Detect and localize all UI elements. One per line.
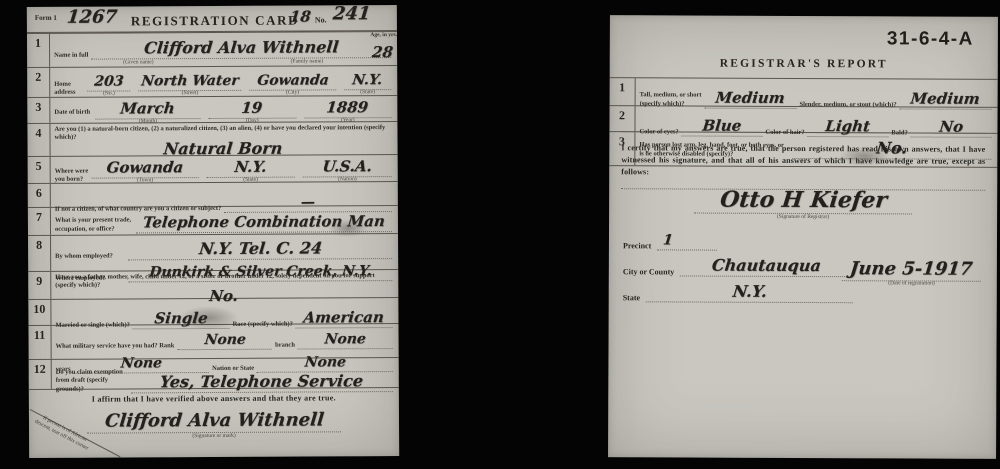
birthplace-state-value: N.Y. bbox=[234, 161, 267, 173]
row-eyes-hair: 2 Color of eyes? Blue Color of hair? Lig… bbox=[609, 105, 997, 133]
row-number: 2 bbox=[27, 68, 50, 97]
birthplace-town-value: Gowanda bbox=[106, 161, 184, 173]
birth-year-value: 1889 bbox=[326, 101, 369, 113]
military-branch-value: None bbox=[324, 334, 366, 345]
age-value: 28 bbox=[372, 46, 394, 58]
row-number: 3 bbox=[27, 98, 50, 123]
race-value: American bbox=[303, 311, 385, 323]
report-title: REGISTRAR'S REPORT bbox=[610, 57, 998, 71]
registrant-signature: Clifford Alva Withnell bbox=[104, 413, 324, 429]
row-employer: 8 By whom employed? N.Y. Tel. C. 24 Wher… bbox=[28, 233, 398, 271]
row-number: 5 bbox=[28, 157, 51, 183]
registrar-signature-block: Otto H Kiefer (Signature of Registrar) bbox=[609, 191, 997, 221]
report-rows: 1 Tall, medium, or short (specify which)… bbox=[609, 77, 997, 168]
scanned-document: Form 1 1267 REGISTRATION CARD 18 No. 241… bbox=[0, 0, 1000, 469]
name-label: Name in full bbox=[54, 51, 88, 60]
row-birthplace: 5 Where were you born? Gowanda (Town) N.… bbox=[28, 154, 398, 183]
precinct-value: 1 bbox=[663, 235, 674, 246]
row-exemption: 12 Do you claim exemption from draft (sp… bbox=[29, 357, 399, 389]
stamp-code: 31-6-4-A bbox=[887, 28, 974, 50]
precinct-field: Precinct 1 bbox=[623, 231, 853, 251]
state-value: N.Y. bbox=[732, 285, 768, 298]
disability-value: No. bbox=[876, 142, 908, 155]
address-street-value: North Water bbox=[141, 76, 239, 88]
height-value: Medium bbox=[715, 92, 785, 104]
hair-value: Light bbox=[825, 120, 871, 132]
marital-value: Single bbox=[154, 312, 208, 324]
row-trade: 7 What is your present trade, occupation… bbox=[28, 205, 398, 235]
military-rank-label: What military service have you had? Rank bbox=[56, 342, 175, 351]
card-number-handwritten: 241 bbox=[332, 7, 371, 22]
citizenship-value: Natural Born bbox=[163, 143, 283, 156]
row-number: 1 bbox=[27, 34, 50, 67]
address-no-value: 203 bbox=[94, 76, 124, 87]
row-number: 10 bbox=[28, 300, 51, 325]
state-field: State N.Y. bbox=[623, 283, 853, 303]
military-rank-value: None bbox=[204, 335, 246, 346]
exemption-value: Yes, Telephone Service bbox=[160, 376, 364, 390]
row-dependents: 9 Have you a father, mother, wife, child… bbox=[28, 269, 398, 299]
address-state-sublabel: (State) bbox=[344, 90, 391, 96]
row-number: 3 bbox=[609, 132, 635, 165]
birth-day-value: 19 bbox=[241, 102, 263, 114]
birthplace-label: Where were you born? bbox=[55, 167, 89, 184]
row-address: 2 Home address 203 (No.) North Water (St… bbox=[27, 65, 397, 97]
registration-card-header: Form 1 1267 REGISTRATION CARD 18 No. 241 bbox=[27, 5, 397, 33]
registration-date-block: June 5-1917 (Date of registration) bbox=[842, 261, 981, 287]
row-number: 12 bbox=[29, 360, 52, 389]
name-value: Clifford Alva Withnell bbox=[143, 41, 339, 55]
employed-by-label: By whom employed? bbox=[55, 252, 125, 261]
row-disability: 3 Has person lost arm, leg, hand, foot, … bbox=[609, 131, 997, 167]
military-branch-label: branch bbox=[275, 341, 295, 350]
row-number: 1 bbox=[610, 78, 636, 105]
birth-month-value: March bbox=[120, 102, 175, 114]
no-label: No. bbox=[315, 15, 327, 24]
row-number: 2 bbox=[609, 106, 635, 131]
row-number: 4 bbox=[27, 124, 50, 156]
row-number: 7 bbox=[28, 208, 51, 235]
row-name: 1 Name in full Clifford Alva Withnell (G… bbox=[27, 31, 397, 67]
address-state-value: N.Y. bbox=[352, 75, 383, 86]
state-label: State bbox=[623, 293, 640, 302]
row-citizenship: 4 Are you (1) a natural-born citizen, (2… bbox=[27, 121, 397, 156]
address-no-sublabel: (No.) bbox=[87, 91, 130, 97]
registrars-report-card: 31-6-4-A REGISTRAR'S REPORT 1 Tall, medi… bbox=[608, 15, 998, 459]
row-number: 9 bbox=[28, 272, 51, 299]
bald-value: No bbox=[939, 121, 964, 133]
build-value: Medium bbox=[910, 92, 980, 104]
row-marital-race: 10 Married or single (which)? Single Rac… bbox=[28, 297, 398, 325]
row-birthdate: 3 Date of birth March (Month) 19 (Day) bbox=[27, 95, 397, 123]
address-label: Home address bbox=[54, 80, 84, 97]
family-name-sublabel: (Family name) bbox=[223, 59, 392, 65]
row-military-service: 11 What military service have you had? R… bbox=[28, 323, 398, 359]
address-city-value: Gowanda bbox=[256, 75, 329, 87]
row-number: 11 bbox=[28, 326, 51, 359]
eyes-value: Blue bbox=[702, 120, 742, 132]
trade-value: Telephone Combination Man bbox=[142, 215, 385, 228]
row-height-build: 1 Tall, medium, or short (specify which)… bbox=[610, 77, 998, 107]
card-title: REGISTRATION CARD bbox=[131, 13, 299, 30]
given-name-sublabel: (Given name) bbox=[54, 60, 223, 66]
exemption-label: Do you claim exemption from draft (speci… bbox=[56, 368, 128, 394]
birthplace-nation-value: U.S.A. bbox=[322, 160, 373, 172]
registrant-signature-block: Clifford Alva Withnell (Signature or mar… bbox=[29, 402, 399, 440]
registrar-signature: Otto H Kiefer bbox=[719, 192, 888, 210]
registration-location-fields: Precinct 1 City or County Chautauqua Sta… bbox=[609, 220, 997, 304]
city-county-field: City or County Chautauqua bbox=[623, 257, 853, 277]
trade-label: What is your present trade, occupation, … bbox=[55, 217, 133, 234]
row-number: 8 bbox=[28, 236, 51, 271]
address-city-sublabel: (City) bbox=[249, 90, 336, 96]
precinct-label: Precinct bbox=[623, 241, 651, 250]
row-number: 6 bbox=[28, 184, 51, 207]
city-county-label: City or County bbox=[623, 267, 674, 276]
serial-number-handwritten: 1267 bbox=[66, 10, 118, 25]
form-number-label: Form 1 bbox=[35, 14, 57, 22]
registration-date-sublabel: (Date of registration) bbox=[842, 281, 981, 287]
registration-date-value: June 5-1917 bbox=[850, 262, 974, 277]
birthdate-label: Date of birth bbox=[54, 109, 92, 118]
age-label: Age, in yrs. bbox=[370, 32, 397, 39]
employed-by-value: N.Y. Tel. C. 24 bbox=[198, 242, 322, 255]
row-alien-citizenship: 6 If not a citizen, of what country are … bbox=[28, 181, 398, 207]
precinct-mark-handwritten: 18 bbox=[289, 10, 311, 22]
city-county-value: Chautauqua bbox=[711, 259, 821, 272]
registration-card: Form 1 1267 REGISTRATION CARD 18 No. 241… bbox=[27, 5, 399, 458]
disability-label: Has person lost arm, leg, hand, foot, or… bbox=[639, 141, 789, 159]
